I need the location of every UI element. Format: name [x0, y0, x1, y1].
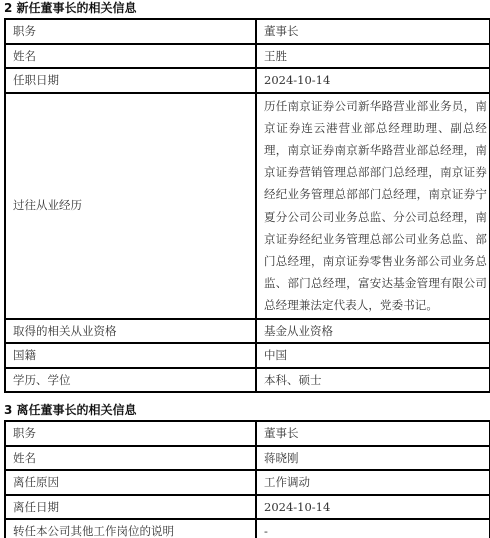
row-value-name: 王胜 [256, 44, 490, 69]
table-row: 任职日期 2024-10-14 [5, 68, 490, 93]
table-row: 职务 董事长 [5, 19, 490, 44]
departing-chairman-table: 职务 董事长 姓名 蒋晓刚 离任原因 工作调动 离任日期 2024-10-14 … [4, 420, 490, 538]
row-value-departure-reason: 工作调动 [256, 470, 490, 495]
row-value-qualification: 基金从业资格 [256, 319, 490, 344]
row-value-position: 董事长 [256, 421, 490, 446]
row-label-departure-date: 离任日期 [5, 495, 256, 520]
table-row: 离任原因 工作调动 [5, 470, 490, 495]
row-value-work-experience: 历任南京证券公司新华路营业部业务员，南京证券连云港营业部总经理助理、副总经理，南… [256, 93, 490, 319]
section-title-new-chairman: 2 新任董事长的相关信息 [4, 0, 137, 16]
row-value-position: 董事长 [256, 19, 490, 44]
table-row: 转任本公司其他工作岗位的说明 - [5, 519, 490, 538]
table-row: 姓名 蒋晓刚 [5, 446, 490, 471]
section-title-departing-chairman: 3 离任董事长的相关信息 [4, 402, 137, 418]
table-row: 学历、学位 本科、硕士 [5, 368, 490, 393]
table-row: 姓名 王胜 [5, 44, 490, 69]
table-row: 职务 董事长 [5, 421, 490, 446]
row-label-departure-reason: 离任原因 [5, 470, 256, 495]
row-value-name: 蒋晓刚 [256, 446, 490, 471]
row-label-qualification: 取得的相关从业资格 [5, 319, 256, 344]
row-value-transfer-note: - [256, 519, 490, 538]
table-row: 离任日期 2024-10-14 [5, 495, 490, 520]
row-label-appointment-date: 任职日期 [5, 68, 256, 93]
row-value-nationality: 中国 [256, 343, 490, 368]
row-value-departure-date: 2024-10-14 [256, 495, 490, 520]
new-chairman-table: 职务 董事长 姓名 王胜 任职日期 2024-10-14 过往从业经历 历任南京… [4, 18, 490, 393]
table-row: 过往从业经历 历任南京证券公司新华路营业部业务员，南京证券连云港营业部总经理助理… [5, 93, 490, 319]
row-label-position: 职务 [5, 19, 256, 44]
row-label-work-experience: 过往从业经历 [5, 93, 256, 319]
row-label-nationality: 国籍 [5, 343, 256, 368]
row-label-name: 姓名 [5, 446, 256, 471]
row-label-position: 职务 [5, 421, 256, 446]
row-label-name: 姓名 [5, 44, 256, 69]
row-label-education: 学历、学位 [5, 368, 256, 393]
row-value-education: 本科、硕士 [256, 368, 490, 393]
table-row: 取得的相关从业资格 基金从业资格 [5, 319, 490, 344]
row-value-appointment-date: 2024-10-14 [256, 68, 490, 93]
table-row: 国籍 中国 [5, 343, 490, 368]
row-label-transfer-note: 转任本公司其他工作岗位的说明 [5, 519, 256, 538]
